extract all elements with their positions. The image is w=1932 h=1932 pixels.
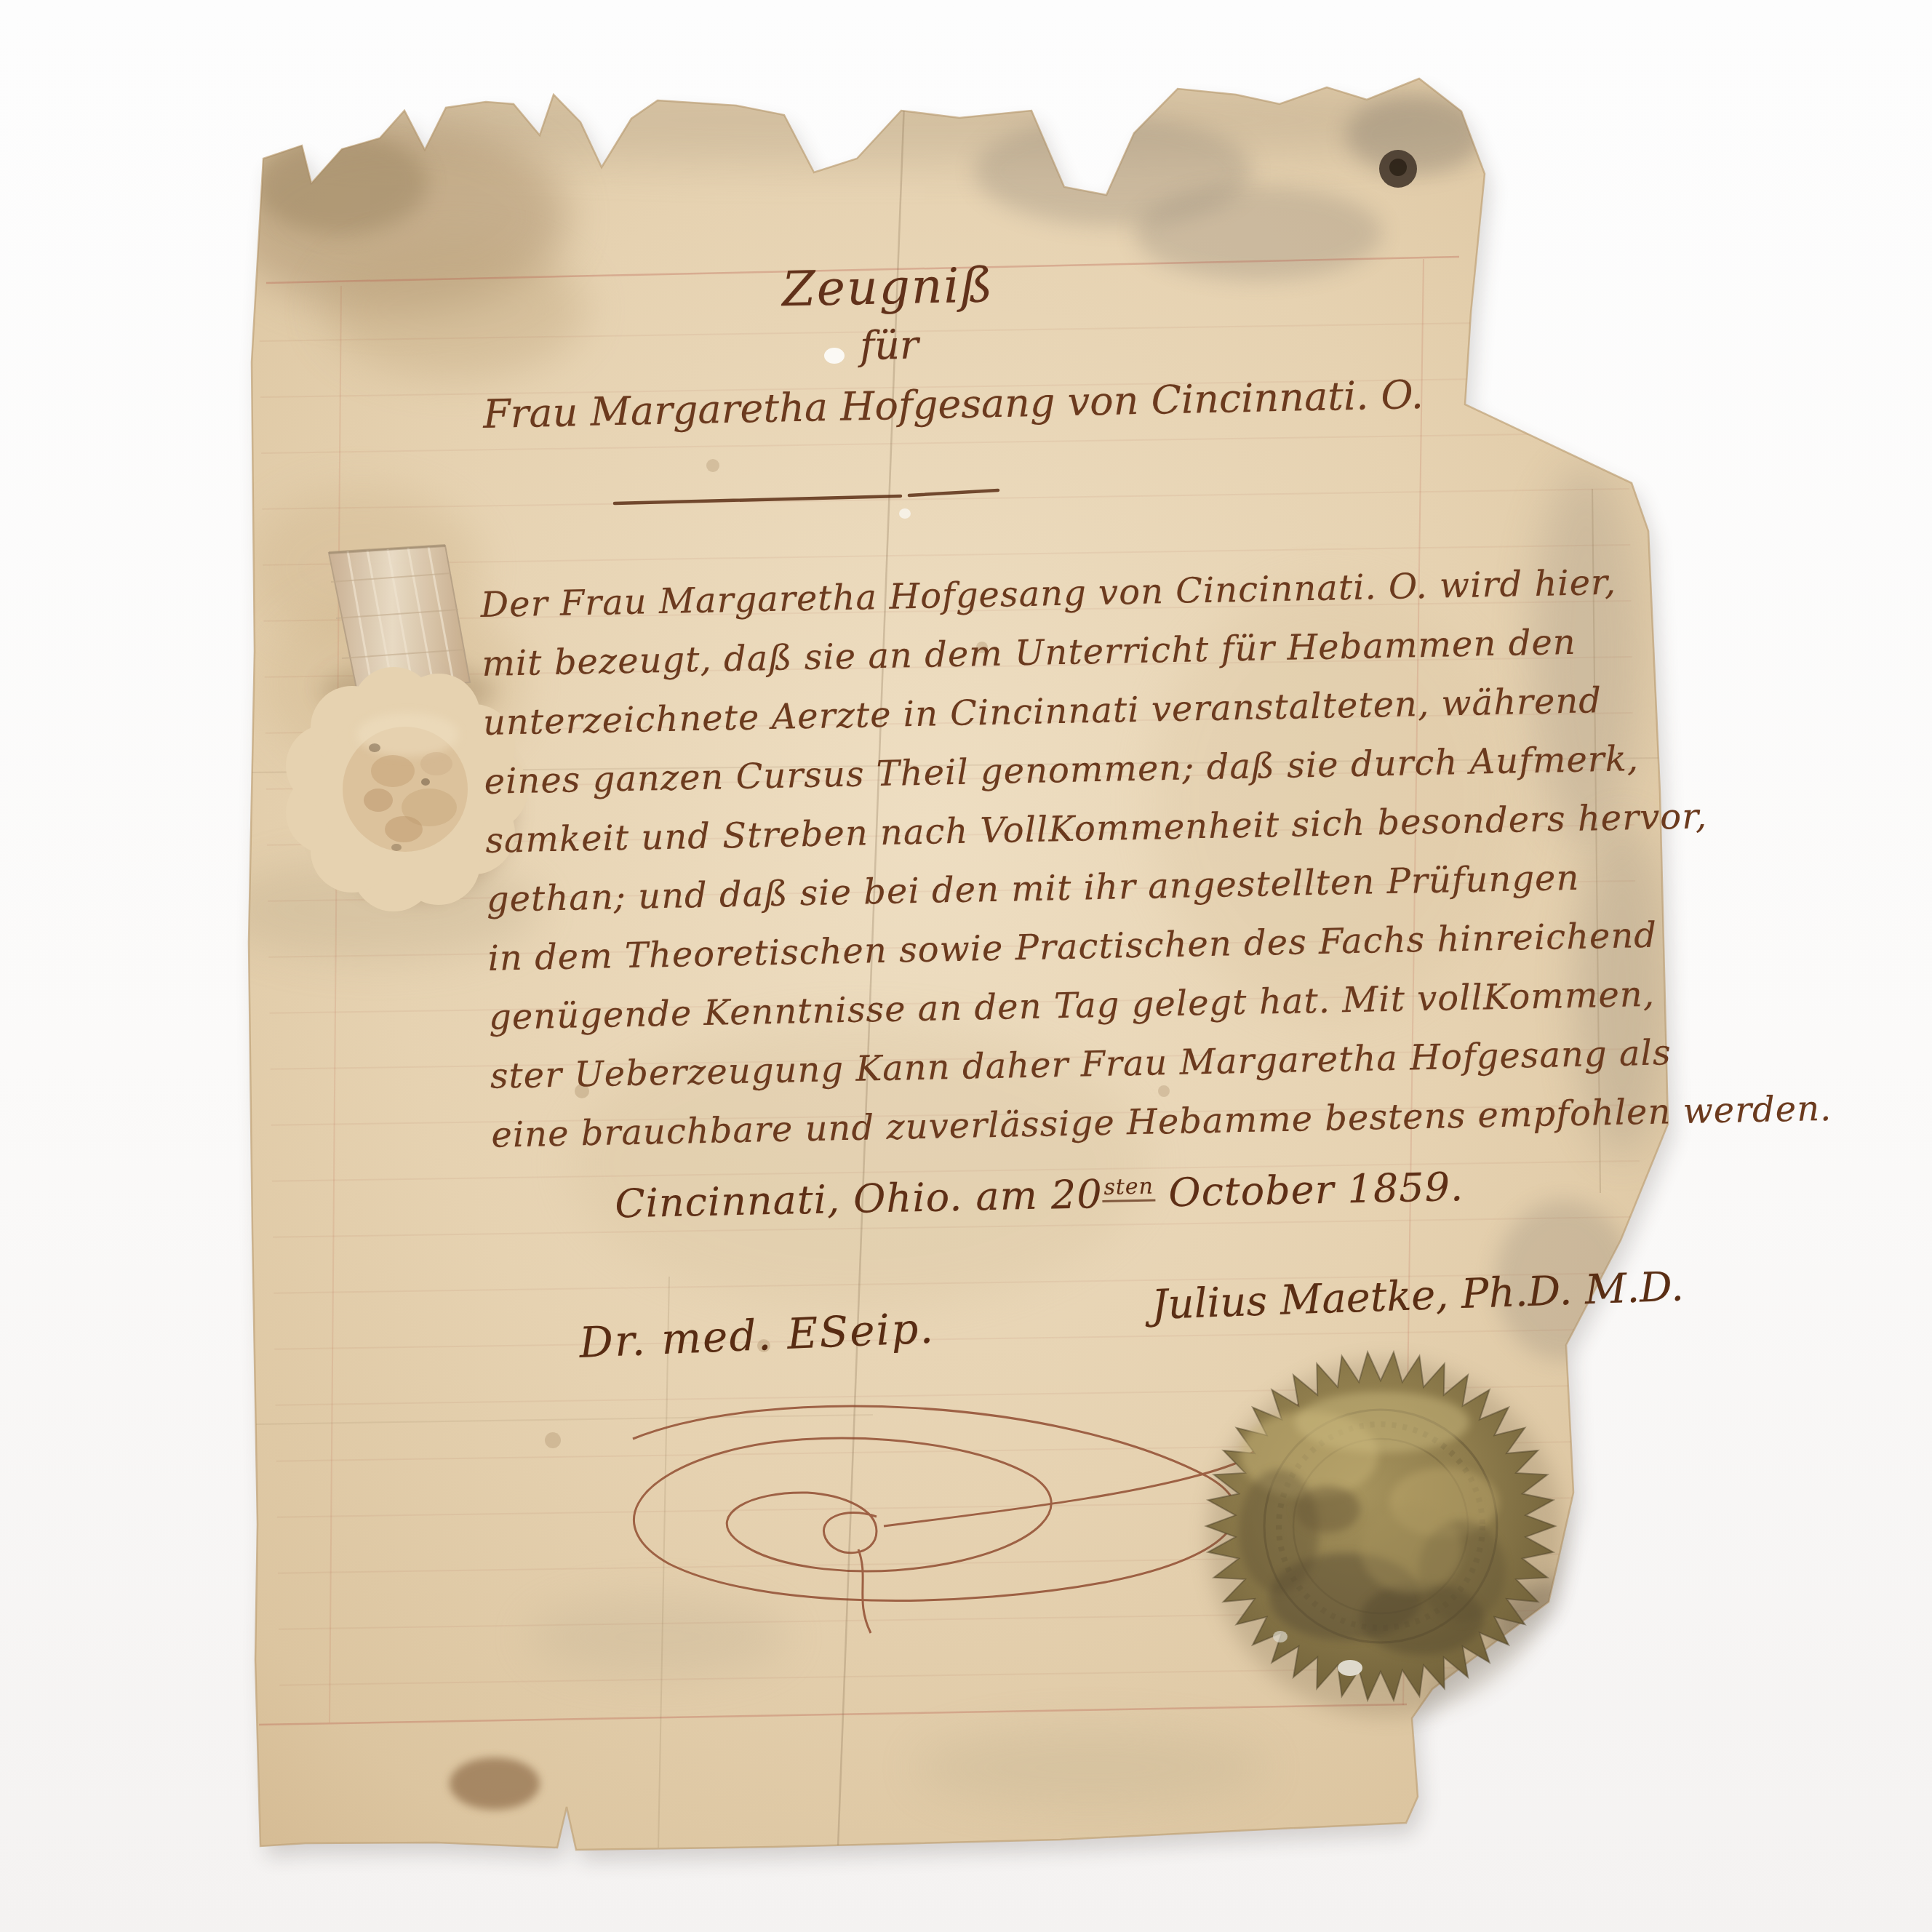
certificate-photo-art bbox=[0, 0, 1932, 1932]
photo-canvas: Zeugniß für Frau Margaretha Hofgesang vo… bbox=[0, 0, 1932, 1932]
